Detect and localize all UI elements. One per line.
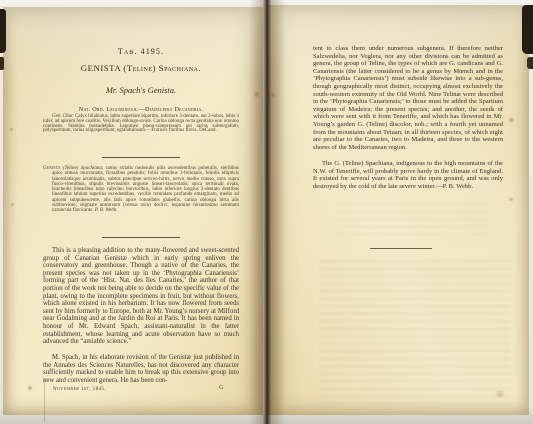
body-paragraph: M. Spach, in his elaborate revision of t… <box>43 354 239 384</box>
species-diagnosis-text: ramis striatis nodosulis pilis ascendent… <box>52 166 239 213</box>
left-page: Tab. 4195. GENISTA (Teline) Spachiana. M… <box>3 7 263 415</box>
foxing-spot <box>508 197 514 202</box>
binding-corner-mark <box>0 57 4 70</box>
species-genus-label: Genista <box>43 166 61 171</box>
natural-order-label: Nat. Ord. <box>79 106 105 113</box>
title-subgenus: (Teline) <box>123 63 156 73</box>
page-title: GENISTA (Teline) Spachiana. <box>43 63 239 73</box>
natural-order-text: Leguminosæ.—Diadelphia Decandria. <box>106 106 203 113</box>
natural-order-line: Nat. Ord. Leguminosæ.—Diadelphia Decandr… <box>43 106 239 113</box>
tab-number: Tab. 4195. <box>43 47 239 56</box>
body-paragraph: tent to class them under numerous subgen… <box>313 45 503 151</box>
under-page-edge <box>44 379 45 422</box>
body-paragraph: The G. (Teline) Spachiana, indigenous to… <box>313 160 503 190</box>
foxing-spot <box>253 91 260 98</box>
page-subtitle: Mr. Spach's Genista. <box>43 85 239 95</box>
foxing-spot <box>10 202 15 207</box>
divider-rule <box>102 237 180 238</box>
divider-rule <box>102 157 180 158</box>
binding-corner-mark <box>0 9 6 53</box>
species-authority: P. B. Webb. <box>95 208 118 213</box>
species-diagnosis-paragraph: Genista (Teline) Spachiana; ramis striat… <box>43 166 239 214</box>
right-page-text-block: tent to class them under numerous subgen… <box>313 5 503 415</box>
foxing-spot <box>493 390 507 398</box>
binding-corner-mark <box>522 5 533 54</box>
foxing-spot <box>508 117 515 123</box>
left-page-text-block: Tab. 4195. GENISTA (Teline) Spachiana. M… <box>43 7 239 415</box>
footer-date: November 1st, 1845. <box>53 386 106 392</box>
foxing-spot <box>270 92 276 98</box>
species-binomial-label: (Teline) Spachiana; <box>63 166 104 171</box>
body-paragraph: This is a pleasing addition to the many-… <box>43 247 239 346</box>
divider-rule <box>370 248 432 249</box>
printer-signature-mark: G <box>219 385 223 391</box>
foxing-spot <box>27 385 33 391</box>
right-page: tent to class them under numerous subgen… <box>267 5 529 415</box>
generic-character-paragraph: Gen. Char. Calyx bilabiatus, labio super… <box>43 115 239 134</box>
title-genus: GENISTA <box>81 63 121 73</box>
foxing-spot <box>9 127 14 132</box>
binding-corner-mark <box>527 57 533 69</box>
book-spread: Tab. 4195. GENISTA (Teline) Spachiana. M… <box>0 0 533 424</box>
title-species: Spachiana. <box>159 63 202 73</box>
